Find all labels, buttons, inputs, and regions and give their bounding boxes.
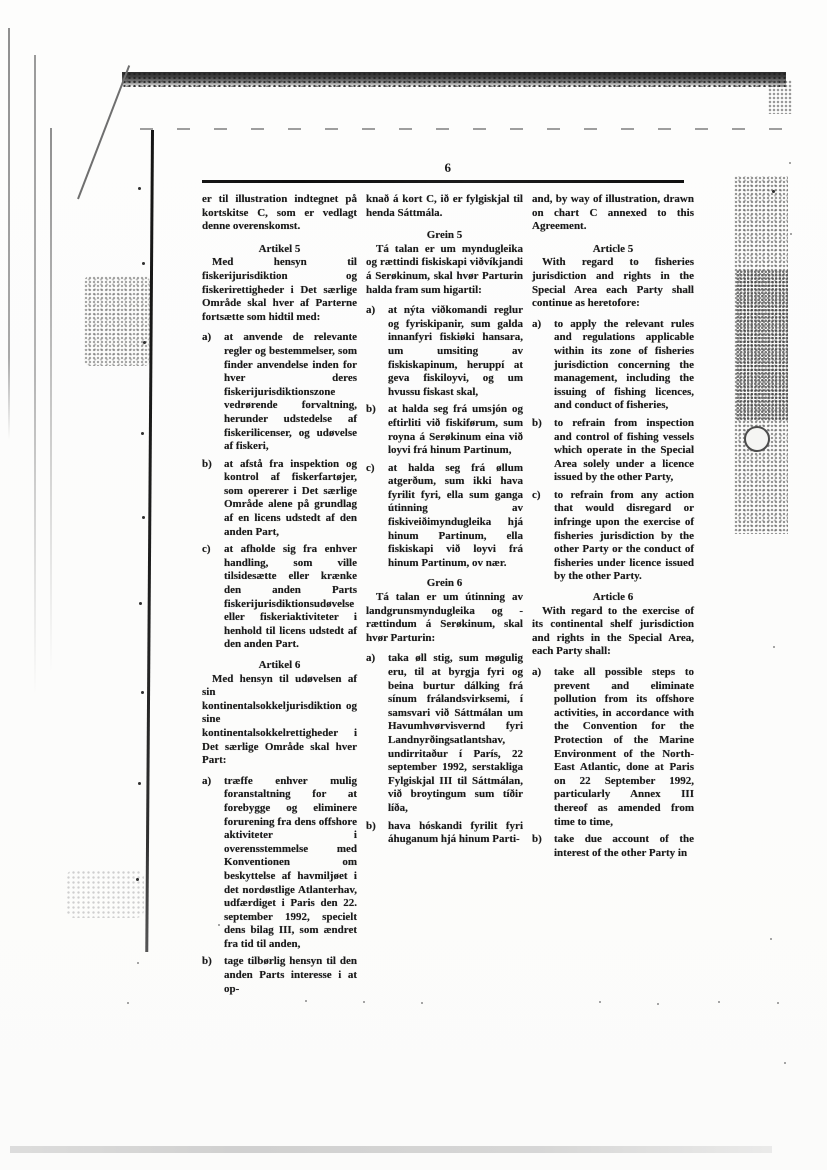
scan-speck: [363, 1001, 365, 1003]
section-artikel-5: Artikel 5 Med hensyn til fiskerijurisdik…: [202, 243, 357, 652]
column-faroese: knað á kort C, ið er fylgiskjal til hend…: [366, 193, 523, 996]
item-list: a) træffe enhver mulig foranstaltning fo…: [202, 775, 357, 997]
list-item: a) take all possible steps to prevent an…: [532, 666, 694, 829]
scan-speck: [599, 1001, 601, 1003]
scan-speck: [784, 1062, 786, 1064]
scan-vertical-line-3: [50, 128, 52, 673]
page-number: 6: [202, 160, 694, 176]
scan-speck: [138, 782, 141, 785]
scan-noise-blob-left-lower: [66, 870, 144, 918]
scan-noise-band-right-core: [736, 270, 788, 420]
section-paragraph: Tá talan er um myndugleika og rættindi f…: [366, 243, 523, 297]
scan-circle-mark: [744, 426, 770, 452]
list-item: a) to apply the relevant rules and regul…: [532, 318, 694, 413]
article-heading: Artikel 6: [202, 659, 357, 673]
scan-speck: [790, 233, 792, 235]
scan-diagonal-line: [77, 65, 130, 199]
item-marker: c): [366, 462, 388, 571]
article-heading: Artikel 5: [202, 243, 357, 257]
item-text: tage tilbørlig hensyn til den anden Part…: [224, 955, 357, 996]
scan-speck: [141, 432, 144, 435]
item-list: a) to apply the relevant rules and regul…: [532, 318, 694, 584]
scan-speck: [718, 1001, 720, 1003]
item-text: at halda seg frá umsjón og eftirliti við…: [388, 403, 523, 457]
item-marker: a): [366, 652, 388, 815]
intro-paragraph: and, by way of illustration, drawn on ch…: [532, 193, 694, 234]
scan-noise-band-right: [734, 176, 788, 534]
item-text: to refrain from any action that would di…: [554, 489, 694, 584]
article-heading: Grein 5: [366, 229, 523, 243]
item-text: at halda seg frá øllum atgerðum, sum ikk…: [388, 462, 523, 571]
article-heading: Article 5: [532, 243, 694, 257]
list-item: c) at afholde sig fra enhver handling, s…: [202, 543, 357, 652]
scan-speck: [657, 1003, 659, 1005]
scan-speck: [777, 1002, 779, 1004]
item-text: at anvende de relevante regler og bestem…: [224, 331, 357, 453]
scan-speck: [139, 602, 142, 605]
section-paragraph: With regard to fisheries jurisdiction an…: [532, 256, 694, 310]
item-text: to refrain from inspection and control o…: [554, 417, 694, 485]
section-paragraph: Med hensyn til fiskerijurisdiktion og fi…: [202, 256, 357, 324]
item-marker: b): [532, 417, 554, 485]
scan-speck: [143, 341, 146, 344]
item-text: take all possible steps to prevent and e…: [554, 666, 694, 829]
list-item: a) taka øll stig, sum møgulig eru, til a…: [366, 652, 523, 815]
item-text: at afstå fra inspektion og kontrol af fi…: [224, 458, 357, 540]
scan-speck: [138, 187, 141, 190]
list-item: c) to refrain from any action that would…: [532, 489, 694, 584]
scan-speck: [789, 162, 791, 164]
scan-speck: [136, 878, 139, 881]
three-column-text: er til illustration indtegnet på kortski…: [202, 193, 694, 996]
item-marker: a): [202, 775, 224, 952]
scan-speck: [142, 516, 145, 519]
item-marker: b): [532, 833, 554, 860]
list-item: b) take due account of the interest of t…: [532, 833, 694, 860]
article-heading: Grein 6: [366, 577, 523, 591]
scan-speck: [421, 1002, 423, 1004]
section-article-6: Article 6 With regard to the exercise of…: [532, 591, 694, 860]
section-grein-6: Grein 6 Tá talan er um útinning av landg…: [366, 577, 523, 846]
item-marker: c): [532, 489, 554, 584]
scan-speck: [305, 1000, 307, 1002]
list-item: b) hava hóskandi fyrilit fyri áhuganum h…: [366, 820, 523, 847]
section-paragraph: Med hensyn til udøvelsen af sin kontinen…: [202, 673, 357, 768]
scan-speck: [127, 1002, 129, 1004]
section-artikel-6: Artikel 6 Med hensyn til udøvelsen af si…: [202, 659, 357, 996]
scan-noise-blob-left: [84, 276, 150, 366]
item-text: træffe enhver mulig foranstaltning for a…: [224, 775, 357, 952]
scan-vertical-line-2: [34, 55, 36, 695]
scan-smudge-top-right: [768, 80, 792, 114]
list-item: b) to refrain from inspection and contro…: [532, 417, 694, 485]
list-item: c) at halda seg frá øllum atgerðum, sum …: [366, 462, 523, 571]
item-marker: c): [202, 543, 224, 652]
item-marker: a): [366, 304, 388, 399]
item-text: taka øll stig, sum møgulig eru, til at b…: [388, 652, 523, 815]
section-grein-5: Grein 5 Tá talan er um myndugleika og ræ…: [366, 229, 523, 570]
scan-bottom-shadow: [10, 1146, 772, 1153]
scan-dotted-line: [140, 128, 792, 130]
item-marker: a): [202, 331, 224, 453]
item-text: at nýta viðkomandi reglur og fyriskipani…: [388, 304, 523, 399]
scan-speck: [770, 938, 772, 940]
intro-paragraph: knað á kort C, ið er fylgiskjal til hend…: [366, 193, 523, 220]
item-marker: b): [202, 955, 224, 996]
item-text: at afholde sig fra enhver handling, som …: [224, 543, 357, 652]
section-paragraph: With regard to the exercise of its conti…: [532, 605, 694, 659]
item-marker: a): [532, 666, 554, 829]
column-english: and, by way of illustration, drawn on ch…: [532, 193, 694, 996]
item-text: hava hóskandi fyrilit fyri áhuganum hjá …: [388, 820, 523, 847]
intro-paragraph: er til illustration indtegnet på kortski…: [202, 193, 357, 234]
column-danish: er til illustration indtegnet på kortski…: [202, 193, 357, 996]
item-list: a) at anvende de relevante regler og bes…: [202, 331, 357, 652]
header-rule: [202, 180, 684, 183]
item-list: a) at nýta viðkomandi reglur og fyriskip…: [366, 304, 523, 570]
item-marker: a): [532, 318, 554, 413]
list-item: a) at nýta viðkomandi reglur og fyriskip…: [366, 304, 523, 399]
list-item: b) at halda seg frá umsjón og eftirliti …: [366, 403, 523, 457]
scan-vertical-line-1: [8, 28, 10, 440]
scan-fold-line: [145, 130, 154, 952]
item-marker: b): [366, 403, 388, 457]
item-text: take due account of the interest of the …: [554, 833, 694, 860]
scanned-page: 6 er til illustration indtegnet på korts…: [0, 0, 827, 1170]
scan-speck: [142, 262, 145, 265]
scan-speck: [137, 962, 139, 964]
scan-smudge-top-band: [122, 72, 786, 87]
section-article-5: Article 5 With regard to fisheries juris…: [532, 243, 694, 584]
scan-speck: [772, 190, 775, 193]
article-heading: Article 6: [532, 591, 694, 605]
list-item: b) at afstå fra inspektion og kontrol af…: [202, 458, 357, 540]
item-list: a) taka øll stig, sum møgulig eru, til a…: [366, 652, 523, 846]
scan-speck: [141, 691, 144, 694]
section-paragraph: Tá talan er um útinning av landgrunsmynd…: [366, 591, 523, 645]
item-marker: b): [366, 820, 388, 847]
list-item: a) at anvende de relevante regler og bes…: [202, 331, 357, 453]
item-marker: b): [202, 458, 224, 540]
page-content: 6 er til illustration indtegnet på korts…: [202, 160, 694, 996]
list-item: a) træffe enhver mulig foranstaltning fo…: [202, 775, 357, 952]
list-item: b) tage tilbørlig hensyn til den anden P…: [202, 955, 357, 996]
scan-speck: [773, 646, 775, 648]
item-text: to apply the relevant rules and regulati…: [554, 318, 694, 413]
item-list: a) take all possible steps to prevent an…: [532, 666, 694, 860]
